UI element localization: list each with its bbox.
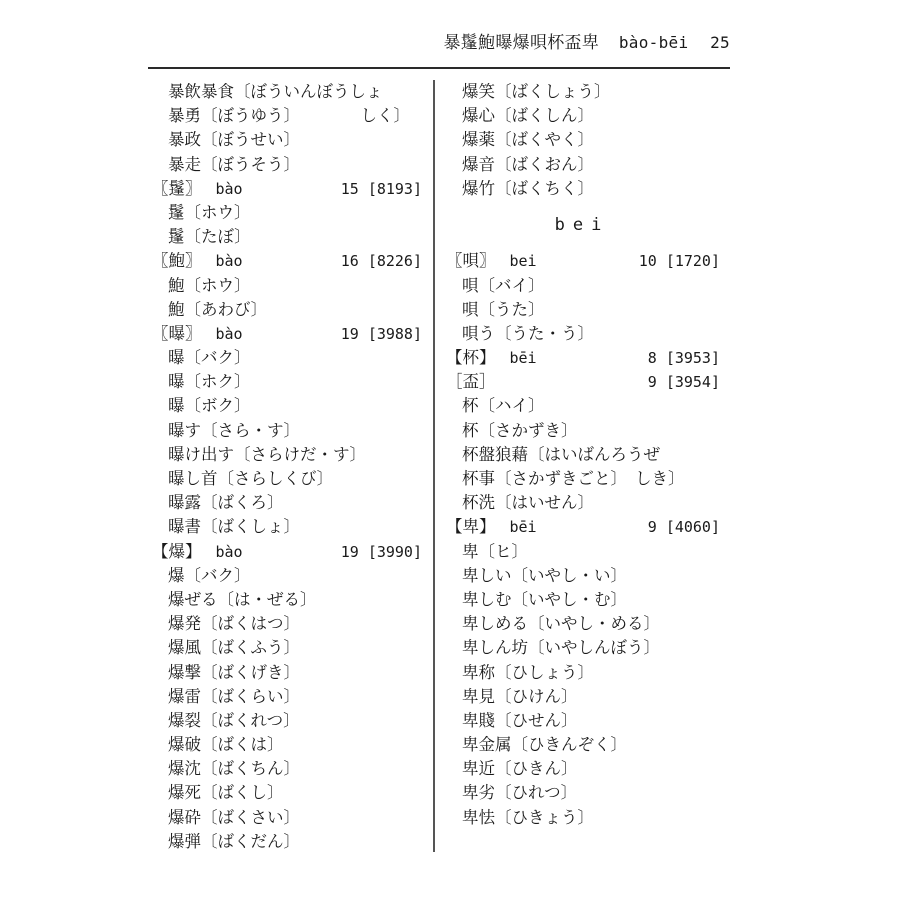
entry-reading: 〔ばくやく〕 (495, 130, 594, 149)
compound-entry: 杯〔ハイ〕 (444, 394, 720, 418)
page-header: 暴鬔鮑曝爆唄杯盃卑 bào-bēi 25 (443, 28, 730, 53)
entry-word: 爆笑 (462, 82, 495, 101)
compound-entry: 爆雷〔ばくらい〕 (150, 685, 422, 709)
stroke-count: 10 (639, 252, 657, 270)
entry-word: 曝露 (168, 493, 201, 512)
entry-word: 爆撃 (168, 663, 201, 682)
entry-word: 暴飲暴食 (168, 82, 234, 101)
column-divider (433, 80, 435, 852)
entry-word: 曝 (168, 348, 185, 367)
entry-reading: 〔ハイ〕 (479, 396, 545, 415)
stroke-count-and-code: 15 [8193] (341, 177, 422, 201)
entry-reading: 〔いやし・む〕 (512, 590, 628, 609)
stroke-count-and-code: 16 [8226] (341, 249, 422, 273)
entry-word: 曝す (168, 421, 201, 440)
stroke-count: 8 (648, 349, 657, 367)
entry-reading: 〔ひれつ〕 (495, 783, 577, 802)
character-code: [8193] (368, 180, 422, 198)
compound-entry: 爆風〔ばくふう〕 (150, 636, 422, 660)
compound-entry: 杯〔さかずき〕 (444, 419, 720, 443)
entry-word: 鮑 (168, 276, 185, 295)
entry-reading: 〔あわび〕 (185, 300, 268, 319)
compound-entry: 鬔〔ホウ〕 (150, 201, 422, 225)
entry-reading: 〔うた〕 (479, 300, 545, 319)
entry-word: 鮑 (168, 300, 185, 319)
entry-word: 杯 (462, 421, 479, 440)
entry-word: 爆弾 (168, 832, 201, 851)
compound-entry: 唄う〔うた・う〕 (444, 322, 720, 346)
entry-reading: 〔ひしょう〕 (495, 663, 594, 682)
kanji-headword-entry: 〖鬔〗bào15 [8193] (150, 177, 422, 201)
headword-pinyin: bei (510, 252, 537, 270)
header-kanji-range: 暴鬔鮑曝爆唄杯盃卑 (443, 33, 599, 53)
kanji-headword-entry: 〖鮑〗bào16 [8226] (150, 249, 422, 273)
entry-reading: 〔ばくさい〕 (201, 808, 300, 827)
entry-reading: 〔ばくはつ〕 (201, 614, 300, 633)
compound-entry: 杯洗〔はいせん〕 (444, 491, 720, 515)
reading-continuation: しく〕 (361, 104, 411, 128)
compound-entry: 卑称〔ひしょう〕 (444, 661, 720, 685)
stroke-count: 19 (341, 543, 359, 561)
entry-reading: 〔いやし・い〕 (512, 566, 628, 585)
headword-kanji: 〖曝〗 (152, 324, 202, 343)
compound-entry: 爆撃〔ばくげき〕 (150, 661, 422, 685)
compound-entry: 卑近〔ひきん〕 (444, 757, 720, 781)
entry-reading: 〔ひきん〕 (495, 759, 578, 778)
compound-entry: 爆沈〔ばくちん〕 (150, 757, 422, 781)
entry-reading: 〔ボク〕 (185, 396, 251, 415)
stroke-count-and-code: 9 [3954] (648, 370, 720, 394)
headword-kanji: 【杯】 (446, 348, 496, 367)
compound-entry: 卑〔ヒ〕 (444, 540, 720, 564)
entry-reading: 〔ホウ〕 (185, 203, 251, 222)
compound-entry: 卑見〔ひけん〕 (444, 685, 720, 709)
compound-entry: 爆死〔ばくし〕 (150, 781, 422, 805)
headword-pinyin: bào (216, 325, 243, 343)
compound-entry: 爆竹〔ばくちく〕 (444, 177, 720, 201)
entry-word: 爆発 (168, 614, 201, 633)
compound-entry: 爆裂〔ばくれつ〕 (150, 709, 422, 733)
entry-word: 卑怯 (462, 808, 495, 827)
compound-entry: 鮑〔ホウ〕 (150, 274, 422, 298)
entry-reading: 〔ホク〕 (185, 372, 251, 391)
entry-word: 卑しむ (462, 590, 512, 609)
compound-entry: 卑怯〔ひきょう〕 (444, 806, 720, 830)
entry-reading: 〔ばくおん〕 (495, 155, 594, 174)
kanji-headword-entry: 〖曝〗bào19 [3988] (150, 322, 422, 346)
kanji-headword-entry: 【杯】bēi8 [3953] (444, 346, 720, 370)
entry-reading: 〔ばくれつ〕 (201, 711, 300, 730)
header-reading-range: bào-bēi (619, 33, 689, 52)
headword-kanji: 【卑】 (446, 517, 496, 536)
stroke-count: 15 (341, 180, 359, 198)
header-rule (148, 67, 730, 69)
stroke-count: 19 (341, 325, 359, 343)
compound-entry: 曝し首〔さらしくび〕 (150, 467, 422, 491)
headword-kanji: ［盃］ (446, 372, 496, 391)
entry-reading: 〔ヒ〕 (479, 542, 529, 561)
compound-entry: 暴政〔ぼうせい〕 (150, 128, 422, 152)
entry-reading: 〔たぼ〕 (185, 227, 251, 246)
headword-kanji: 〖唄〗 (446, 251, 496, 270)
entry-word: 卑 (462, 542, 479, 561)
compound-entry: 爆音〔ばくおん〕 (444, 153, 720, 177)
compound-entry: 唄〔うた〕 (444, 298, 720, 322)
compound-entry: 暴勇〔ぼうゆう〕しく〕 (150, 104, 422, 128)
compound-entry: 爆心〔ばくしん〕 (444, 104, 720, 128)
compound-entry: 卑賤〔ひせん〕 (444, 709, 720, 733)
entry-reading: 〔ばくは〕 (201, 735, 284, 754)
compound-entry: 曝〔ボク〕 (150, 394, 422, 418)
section-heading: bei (444, 201, 720, 249)
compound-entry: 曝露〔ばくろ〕 (150, 491, 422, 515)
stroke-count-and-code: 10 [1720] (639, 249, 720, 273)
compound-entry: 爆破〔ばくは〕 (150, 733, 422, 757)
entry-reading: 〔うた・う〕 (495, 324, 594, 343)
page-number: 25 (710, 33, 730, 52)
entry-word: 爆音 (462, 155, 495, 174)
entry-reading: 〔ばくらい〕 (201, 687, 300, 706)
entry-word: 爆死 (168, 783, 201, 802)
compound-entry: 爆ぜる〔は・ぜる〕 (150, 588, 422, 612)
compound-entry: 爆弾〔ばくだん〕 (150, 830, 422, 854)
headword-kanji: 【爆】 (152, 542, 202, 561)
entry-word: 鬔 (168, 227, 185, 246)
entry-word: 爆竹 (462, 179, 495, 198)
headword-kanji: 〖鮑〗 (152, 251, 202, 270)
entry-reading: 〔ぼうゆう〕 (201, 106, 300, 125)
entry-reading: 〔ばくげき〕 (201, 663, 300, 682)
entry-word: 卑しん坊 (462, 638, 528, 657)
entry-word: 曝け出す (168, 445, 234, 464)
entry-word: 暴勇 (168, 106, 201, 125)
compound-entry: 卑劣〔ひれつ〕 (444, 781, 720, 805)
compound-entry: 爆砕〔ばくさい〕 (150, 806, 422, 830)
headword-pinyin: bào (216, 252, 243, 270)
character-code: [8226] (368, 252, 422, 270)
entry-word: 爆雷 (168, 687, 201, 706)
entry-reading: 〔さらけだ・す〕 (234, 445, 366, 464)
compound-entry: 曝す〔さら・す〕 (150, 419, 422, 443)
compound-entry: 鮑〔あわび〕 (150, 298, 422, 322)
entry-reading: 〔ひきょう〕 (495, 808, 594, 827)
entry-word: 曝し首 (168, 469, 218, 488)
left-column: 暴飲暴食〔ぼういんぼうしょ暴勇〔ぼうゆう〕しく〕暴政〔ぼうせい〕暴走〔ぼうそう〕… (150, 80, 422, 854)
kanji-headword-entry: 〖唄〗bei10 [1720] (444, 249, 720, 273)
headword-pinyin: bēi (510, 349, 537, 367)
entry-word: 鬔 (168, 203, 185, 222)
character-code: [4060] (666, 518, 720, 536)
entry-word: 爆ぜる (168, 590, 218, 609)
compound-entry: 卑しい〔いやし・い〕 (444, 564, 720, 588)
stroke-count: 9 (648, 518, 657, 536)
entry-reading: 〔いやし・める〕 (528, 614, 660, 633)
entry-reading: 〔ひせん〕 (495, 711, 578, 730)
entry-reading: 〔ぼういんぼうしょ (234, 82, 383, 101)
entry-word: 爆風 (168, 638, 201, 657)
entry-word: 杯盤狼藉 (462, 445, 528, 464)
character-code: [3990] (368, 543, 422, 561)
compound-entry: 暴飲暴食〔ぼういんぼうしょ (150, 80, 422, 104)
entry-reading: 〔バイ〕 (479, 276, 545, 295)
compound-entry: 卑しむ〔いやし・む〕 (444, 588, 720, 612)
kanji-headword-entry: 【爆】bào19 [3990] (150, 540, 422, 564)
entry-word: 爆破 (168, 735, 201, 754)
headword-kanji: 〖鬔〗 (152, 179, 202, 198)
entry-word: 卑劣 (462, 783, 495, 802)
entry-reading: 〔ぼうせい〕 (201, 130, 300, 149)
stroke-count-and-code: 8 [3953] (648, 346, 720, 370)
entry-word: 曝 (168, 396, 185, 415)
entry-reading: 〔ホウ〕 (185, 276, 251, 295)
character-code: [3954] (666, 373, 720, 391)
stroke-count-and-code: 9 [4060] (648, 515, 720, 539)
entry-reading: 〔ばくしん〕 (495, 106, 594, 125)
entry-word: 卑金属 (462, 735, 512, 754)
entry-word: 卑近 (462, 759, 495, 778)
entry-reading: 〔ばくふう〕 (201, 638, 300, 657)
entry-word: 曝書 (168, 517, 201, 536)
entry-word: 唄 (462, 300, 479, 319)
compound-entry: 曝書〔ばくしょ〕 (150, 515, 422, 539)
compound-entry: 杯事〔さかずきごと〕しき〕 (444, 467, 720, 491)
compound-entry: 暴走〔ぼうそう〕 (150, 153, 422, 177)
stroke-count: 9 (648, 373, 657, 391)
compound-entry: 杯盤狼藉〔はいばんろうぜ (444, 443, 720, 467)
entry-word: 卑称 (462, 663, 495, 682)
compound-entry: 爆発〔ばくはつ〕 (150, 612, 422, 636)
stroke-count-and-code: 19 [3988] (341, 322, 422, 346)
compound-entry: 卑しん坊〔いやしんぼう〕 (444, 636, 720, 660)
entry-reading: 〔いやしんぼう〕 (528, 638, 660, 657)
entry-reading: 〔バク〕 (185, 566, 251, 585)
headword-pinyin: bào (216, 180, 243, 198)
compound-entry: 爆〔バク〕 (150, 564, 422, 588)
entry-word: 卑しめる (462, 614, 528, 633)
right-column: 爆笑〔ばくしょう〕爆心〔ばくしん〕爆薬〔ばくやく〕爆音〔ばくおん〕爆竹〔ばくちく… (444, 80, 720, 830)
compound-entry: 曝〔バク〕 (150, 346, 422, 370)
headword-pinyin: bào (216, 543, 243, 561)
stroke-count: 16 (341, 252, 359, 270)
reading-continuation: しき〕 (635, 469, 685, 488)
entry-reading: 〔は・ぜる〕 (218, 590, 317, 609)
entry-word: 卑賤 (462, 711, 495, 730)
compound-entry: 鬔〔たぼ〕 (150, 225, 422, 249)
entry-reading: 〔ばくだん〕 (201, 832, 300, 851)
entry-word: 杯 (462, 396, 479, 415)
entry-word: 唄う (462, 324, 495, 343)
entry-word: 卑しい (462, 566, 512, 585)
compound-entry: 爆笑〔ばくしょう〕 (444, 80, 720, 104)
entry-reading: 〔バク〕 (185, 348, 251, 367)
headword-pinyin: bēi (510, 518, 537, 536)
entry-reading: 〔さらしくび〕 (218, 469, 334, 488)
entry-reading: 〔ひけん〕 (495, 687, 578, 706)
compound-entry: 曝け出す〔さらけだ・す〕 (150, 443, 422, 467)
entry-word: 爆裂 (168, 711, 201, 730)
character-code: [3953] (666, 349, 720, 367)
compound-entry: 爆薬〔ばくやく〕 (444, 128, 720, 152)
entry-reading: 〔ばくちん〕 (201, 759, 300, 778)
entry-reading: 〔さら・す〕 (201, 421, 300, 440)
entry-reading: 〔さかずきごと〕 (495, 469, 627, 488)
entry-word: 爆沈 (168, 759, 201, 778)
character-code: [3988] (368, 325, 422, 343)
compound-entry: 曝〔ホク〕 (150, 370, 422, 394)
entry-reading: 〔ばくちく〕 (495, 179, 594, 198)
entry-reading: 〔ばくしょ〕 (201, 517, 300, 536)
entry-word: 暴政 (168, 130, 201, 149)
entry-reading: 〔ばくしょう〕 (495, 82, 611, 101)
compound-entry: 卑金属〔ひきんぞく〕 (444, 733, 720, 757)
entry-word: 爆心 (462, 106, 495, 125)
entry-reading: 〔ぼうそう〕 (201, 155, 300, 174)
entry-word: 杯洗 (462, 493, 495, 512)
stroke-count-and-code: 19 [3990] (341, 540, 422, 564)
entry-word: 爆砕 (168, 808, 201, 827)
entry-reading: 〔はいばんろうぜ (528, 445, 660, 464)
entry-word: 曝 (168, 372, 185, 391)
entry-reading: 〔ひきんぞく〕 (512, 735, 628, 754)
entry-reading: 〔ばくろ〕 (201, 493, 284, 512)
compound-entry: 唄〔バイ〕 (444, 274, 720, 298)
entry-reading: 〔さかずき〕 (479, 421, 578, 440)
entry-reading: 〔はいせん〕 (495, 493, 594, 512)
entry-reading: 〔ばくし〕 (201, 783, 284, 802)
entry-word: 暴走 (168, 155, 201, 174)
entry-word: 唄 (462, 276, 479, 295)
entry-word: 爆 (168, 566, 185, 585)
entry-word: 卑見 (462, 687, 495, 706)
character-code: [1720] (666, 252, 720, 270)
entry-word: 杯事 (462, 469, 495, 488)
entry-word: 爆薬 (462, 130, 495, 149)
kanji-headword-entry: 【卑】bēi9 [4060] (444, 515, 720, 539)
compound-entry: 卑しめる〔いやし・める〕 (444, 612, 720, 636)
kanji-headword-entry: ［盃］9 [3954] (444, 370, 720, 394)
